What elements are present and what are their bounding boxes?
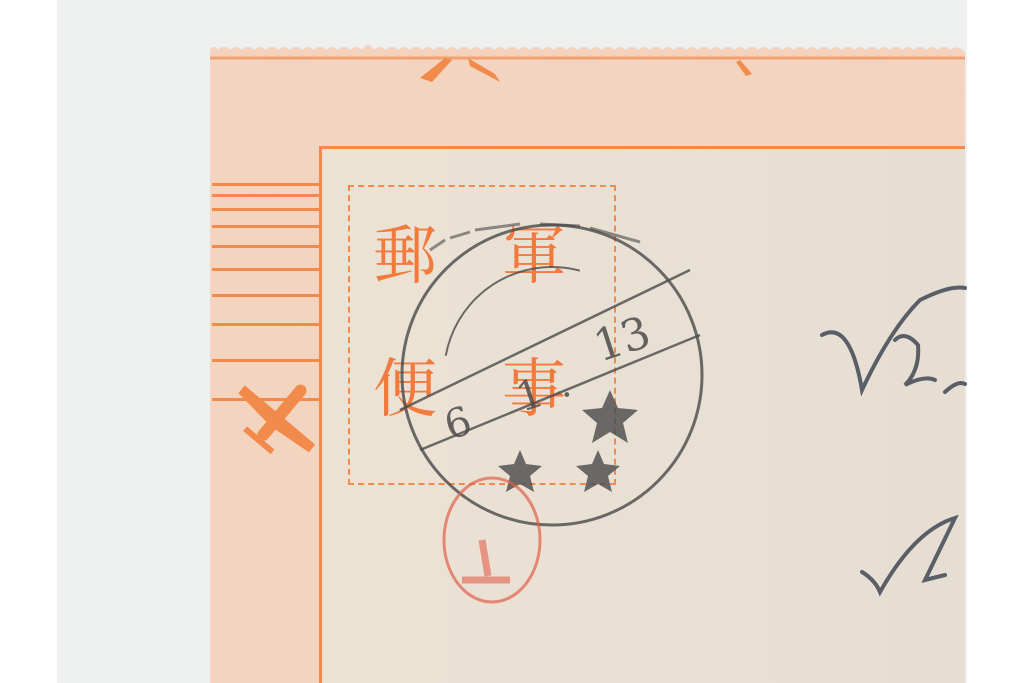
- handwriting: [0, 0, 1024, 683]
